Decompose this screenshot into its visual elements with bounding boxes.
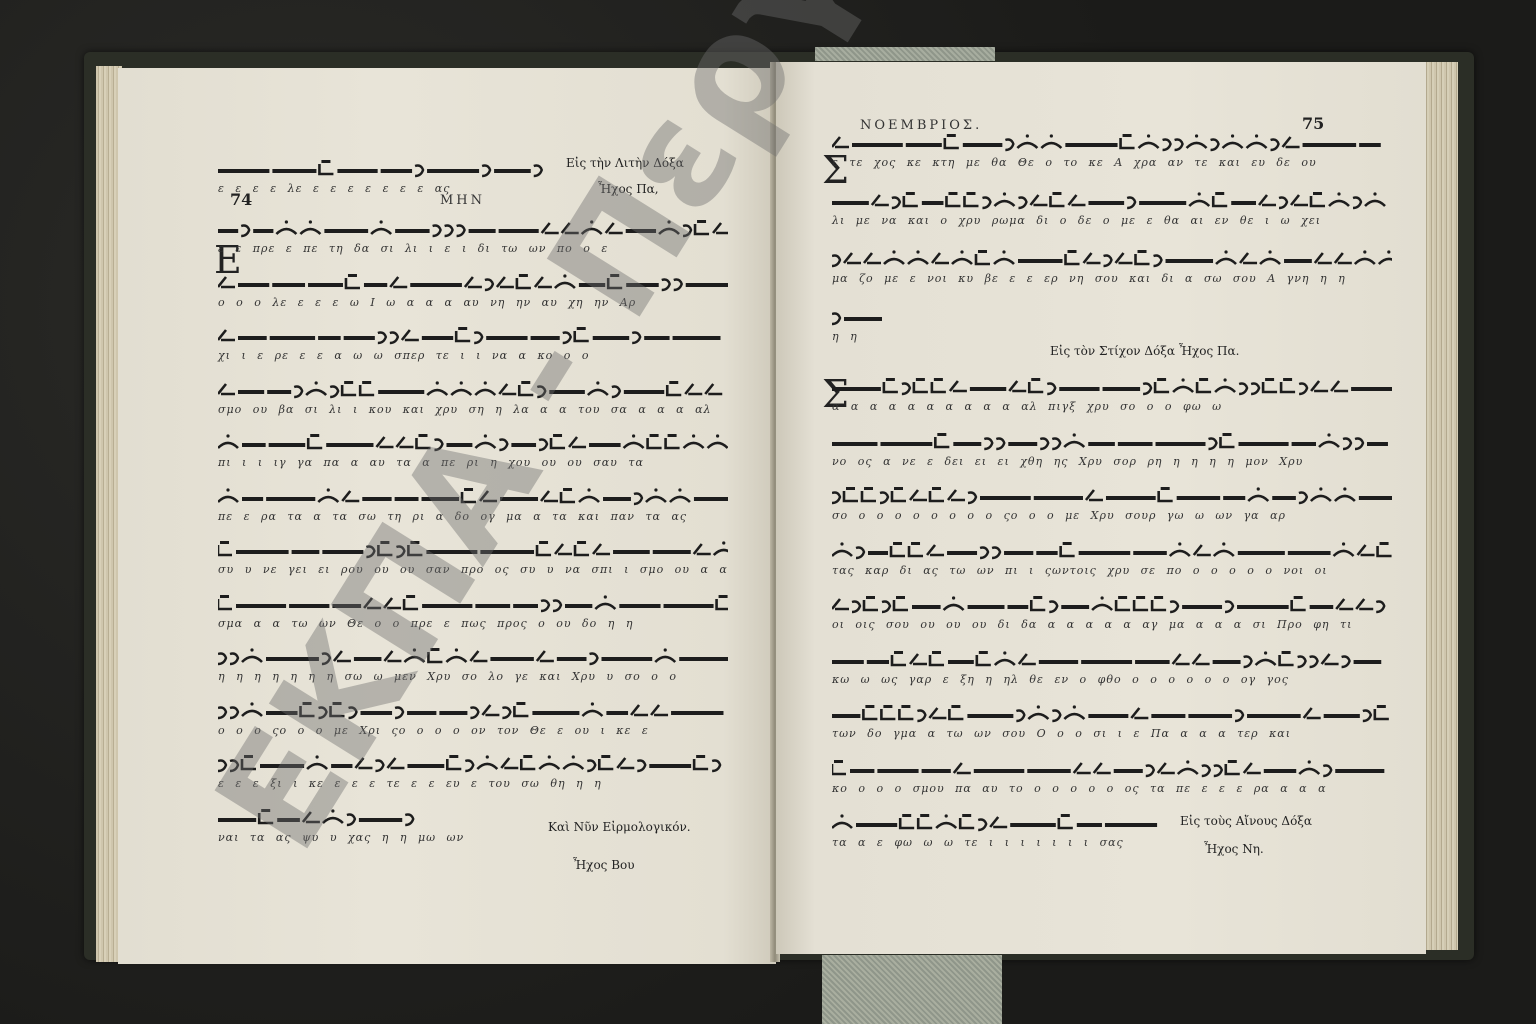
lyric-syllables: ε ε πρε ε πε τη δα σι λι ι ε ι δι τω ων … bbox=[218, 242, 608, 255]
neume-staff bbox=[832, 376, 1392, 398]
notation-line: ε τε χος κε κτη με θα Θε ο το κε Α χρα α… bbox=[832, 132, 1392, 172]
notation-line: πι ι ι ιγ γα πα α αυ τα α πε ρι η χου ου… bbox=[218, 432, 728, 472]
neume-staff bbox=[832, 485, 1392, 507]
lyric-syllables: σμο ου βα σι λι ι κου και χρυ ση η λα α … bbox=[218, 403, 712, 416]
lyric-syllables: κο ο ο ο σμου πα αυ το ο ο ο ο ο ος τα π… bbox=[832, 782, 1327, 795]
rubric-mode: Ἦχος Νη. bbox=[1204, 842, 1264, 856]
lyric-syllables: τας καρ δι ας τω ων πι ι ςωντοις χρυ σε … bbox=[832, 564, 1328, 577]
lyric-syllables: η η η η η η η σω ω μεν Χρυ σο λο γε και … bbox=[218, 670, 677, 683]
lyric-syllables: πε ε ρα τα α τα σω τη ρι α δο ογ μα α τα… bbox=[218, 510, 687, 523]
running-head: ΝΟΕΜΒΡΙΟΣ. bbox=[860, 118, 982, 133]
rubric-mode: Ἦχος Πα, bbox=[598, 182, 659, 196]
notation-line: συ υ νε γει ει ρου ου ου σαν προ ος συ υ… bbox=[218, 539, 728, 579]
neume-staff bbox=[832, 703, 1392, 725]
notation-line: οι οις σου ου ου ου δι δα α α α α α αγ μ… bbox=[832, 594, 1392, 634]
notation-line: σο ο ο ο ο ο ο ο ο ςο ο ο με Χρυ σουρ γω… bbox=[832, 485, 1392, 525]
neume-staff bbox=[218, 218, 728, 240]
notation-line: κο ο ο ο σμου πα αυ το ο ο ο ο ο ος τα π… bbox=[832, 758, 1392, 798]
notation-line: σμο ου βα σι λι ι κου και χρυ ση η λα α … bbox=[218, 379, 728, 419]
lyric-syllables: ε ε ε ε λε ε ε ε ε ε ε ε ας bbox=[218, 182, 450, 195]
lyric-syllables: σο ο ο ο ο ο ο ο ο ςο ο ο με Χρυ σουρ γω… bbox=[832, 509, 1286, 522]
neume-staff bbox=[218, 486, 728, 508]
notation-line: των δο γμα α τω ων σου Ο ο ο σι ι ε Πα α… bbox=[832, 703, 1392, 743]
neume-staff bbox=[832, 594, 1392, 616]
neume-staff bbox=[218, 646, 728, 668]
neume-staff bbox=[832, 812, 1162, 834]
lyric-syllables: συ υ νε γει ει ρου ου ου σαν προ ος συ υ… bbox=[218, 563, 728, 576]
page-number: 75 bbox=[1302, 114, 1324, 133]
lyric-syllables: ε τε χος κε κτη με θα Θε ο το κε Α χρα α… bbox=[832, 156, 1317, 169]
rubric-heading: Καὶ Νῦν Εἰρμολογικόν. bbox=[548, 820, 691, 834]
lyric-syllables: η η bbox=[832, 330, 858, 343]
notation-line: τα α ε φω ω ω τε ι ι ι ι ι ι ι σας bbox=[832, 812, 1162, 852]
lyric-syllables: σμα α α τω ων Θε ο ο πρε ε πως προς ο ου… bbox=[218, 617, 633, 630]
neume-staff bbox=[832, 758, 1392, 780]
notation-line: ε ε ε ε λε ε ε ε ε ε ε ε ας bbox=[218, 158, 548, 198]
notation-line: ο ο ο ςο ο ο με Χρι ςο ο ο ο ον τον Θε ε… bbox=[218, 700, 728, 740]
lyric-syllables: μα ζο με ε νοι κυ βε ε ε ερ νη σου και δ… bbox=[832, 272, 1346, 285]
lyric-syllables: οι οις σου ου ου ου δι δα α α α α α αγ μ… bbox=[832, 618, 1352, 631]
rubric-heading: Εἰς τὴν Λιτὴν Δόξα bbox=[566, 156, 684, 170]
left-page: 74 ΜΗΝ Εἰς τὴν Λιτὴν Δόξα Ἦχος Πα, Ε ε ε… bbox=[118, 68, 776, 964]
notation-line: πε ε ρα τα α τα σω τη ρι α δο ογ μα α τα… bbox=[218, 486, 728, 526]
lyric-syllables: ο ο ο λε ε ε ε ω Ι ω α α α αυ νη ην αυ χ… bbox=[218, 296, 636, 309]
lyric-syllables: νο ος α νε ε δει ει ει χθη ης Χρυ σορ ρη… bbox=[832, 455, 1303, 468]
notation-line: χι ι ε ρε ε ε α ω ω σπερ τε ι ι να α κο … bbox=[218, 325, 728, 365]
neume-staff bbox=[218, 700, 728, 722]
neume-staff bbox=[832, 132, 1392, 154]
notation-line: ναι τα ας ψυ υ χας η η μω ων bbox=[218, 807, 418, 847]
bookmark-ribbon-bottom bbox=[822, 955, 1002, 1024]
notation-line: νο ος α νε ε δει ει ει χθη ης Χρυ σορ ρη… bbox=[832, 431, 1392, 471]
lyric-syllables: α α α α α α α α α α αλ πιγξ χρυ σο ο ο φ… bbox=[832, 400, 1222, 413]
neume-staff bbox=[218, 432, 728, 454]
right-page: ΝΟΕΜΒΡΙΟΣ. 75 Σ Εἰς τὸν Στίχον Δόξα Ἦχος… bbox=[776, 62, 1426, 954]
neume-staff bbox=[832, 649, 1392, 671]
notation-line: τας καρ δι ας τω ων πι ι ςωντοις χρυ σε … bbox=[832, 540, 1392, 580]
notation-line: μα ζο με ε νοι κυ βε ε ε ερ νη σου και δ… bbox=[832, 248, 1392, 288]
neume-staff bbox=[832, 190, 1392, 212]
lyric-syllables: ο ο ο ςο ο ο με Χρι ςο ο ο ο ον τον Θε ε… bbox=[218, 724, 649, 737]
bookmark-ribbon-top bbox=[815, 47, 995, 61]
notation-line: ο ο ο λε ε ε ε ω Ι ω α α α αυ νη ην αυ χ… bbox=[218, 272, 728, 312]
neume-staff bbox=[218, 593, 728, 615]
neume-staff bbox=[218, 272, 728, 294]
notation-line: ε ε πρε ε πε τη δα σι λι ι ε ι δι τω ων … bbox=[218, 218, 728, 258]
neume-staff bbox=[218, 158, 548, 180]
page-edges-right bbox=[1424, 62, 1458, 950]
notation-line: σμα α α τω ων Θε ο ο πρε ε πως προς ο ου… bbox=[218, 593, 728, 633]
notation-line: α α α α α α α α α α αλ πιγξ χρυ σο ο ο φ… bbox=[832, 376, 1392, 416]
notation-line: κω ω ως γαρ ε ξη η ηλ θε εν ο φθο ο ο ο … bbox=[832, 649, 1392, 689]
neume-staff bbox=[832, 431, 1392, 453]
lyric-syllables: λι με να και ο χρυ ρωμα δι ο δε ο με ε θ… bbox=[832, 214, 1321, 227]
neume-staff bbox=[832, 248, 1392, 270]
neume-staff bbox=[218, 379, 728, 401]
lyric-syllables: ναι τα ας ψυ υ χας η η μω ων bbox=[218, 831, 464, 844]
neume-staff bbox=[832, 306, 882, 328]
lyric-syllables: των δο γμα α τω ων σου Ο ο ο σι ι ε Πα α… bbox=[832, 727, 1291, 740]
lyric-syllables: ε ε ε ξι ι κε ε ε ε τε ε ε ευ ε του σω θ… bbox=[218, 777, 602, 790]
rubric-mode: Ἦχος Βου bbox=[573, 858, 635, 872]
notation-line: ε ε ε ξι ι κε ε ε ε τε ε ε ευ ε του σω θ… bbox=[218, 753, 728, 793]
rubric-heading: Εἰς τοὺς Αἴνους Δόξα bbox=[1180, 814, 1312, 828]
lyric-syllables: κω ω ως γαρ ε ξη η ηλ θε εν ο φθο ο ο ο … bbox=[832, 673, 1289, 686]
rubric-heading: Εἰς τὸν Στίχον Δόξα Ἦχος Πα. bbox=[1050, 344, 1239, 358]
notation-line: η η η η η η η σω ω μεν Χρυ σο λο γε και … bbox=[218, 646, 728, 686]
notation-line: λι με να και ο χρυ ρωμα δι ο δε ο με ε θ… bbox=[832, 190, 1392, 230]
lyric-syllables: πι ι ι ιγ γα πα α αυ τα α πε ρι η χου ου… bbox=[218, 456, 644, 469]
notation-line: η η bbox=[832, 306, 882, 346]
neume-staff bbox=[218, 539, 728, 561]
neume-staff bbox=[218, 325, 728, 347]
lyric-syllables: χι ι ε ρε ε ε α ω ω σπερ τε ι ι να α κο … bbox=[218, 349, 590, 362]
neume-staff bbox=[218, 807, 418, 829]
neume-staff bbox=[218, 753, 728, 775]
lyric-syllables: τα α ε φω ω ω τε ι ι ι ι ι ι ι σας bbox=[832, 836, 1124, 849]
neume-staff bbox=[832, 540, 1392, 562]
